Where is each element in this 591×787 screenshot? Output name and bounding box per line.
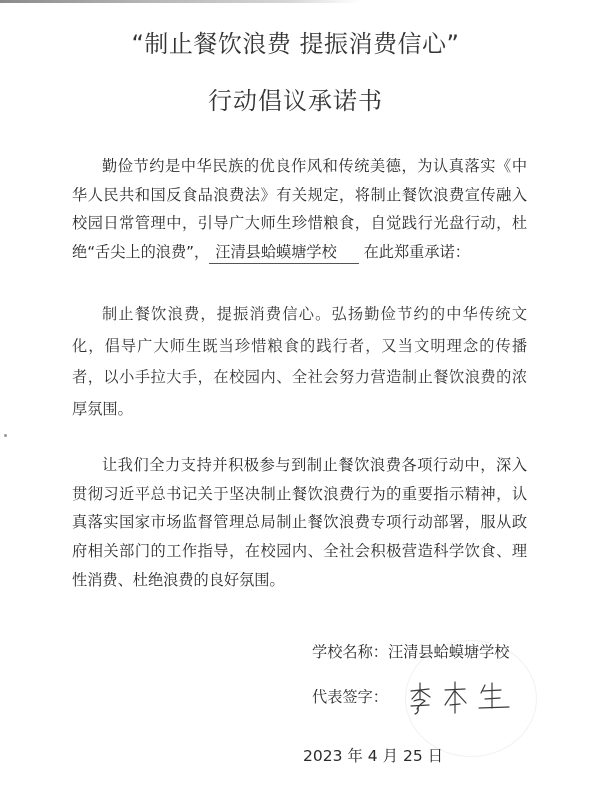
document-subtitle: 行动倡议承诺书 [0,81,591,116]
document-title: “制止餐饮浪费 提振消费信心” [0,24,591,59]
school-name-line: 学校名称：汪清县蛤蟆塘学校 [312,641,509,662]
school-fill-in-field: 汪清县蛤蟆塘学校 [209,241,359,264]
scan-top-edge [0,0,360,3]
school-name-value: 汪清县蛤蟆塘学校 [388,643,510,661]
document-date: 2023 年 4 月 25 日 [303,744,443,766]
paragraph-action: 让我们全力支持并积极参与到制止餐饮浪费各项行动中，深入贯彻习近平总书记关于坚决制… [72,451,527,595]
paragraph-commitment: 制止餐饮浪费，提振消费信心。弘扬勤俭节约的中华传统文化，倡导广大师生既当珍惜粮食… [72,299,527,425]
school-name-label: 学校名称： [312,643,388,661]
paragraph-intro-closing: 在此郑重承诺： [364,243,470,261]
scan-speck [4,434,7,437]
paragraph-intro: 勤俭节约是中华民族的优良作风和传统美德，为认真落实《中华人民共和国反食品浪费法》… [72,152,527,266]
signature-label: 代表签字： [312,686,388,707]
handwritten-signature-icon [405,677,515,717]
